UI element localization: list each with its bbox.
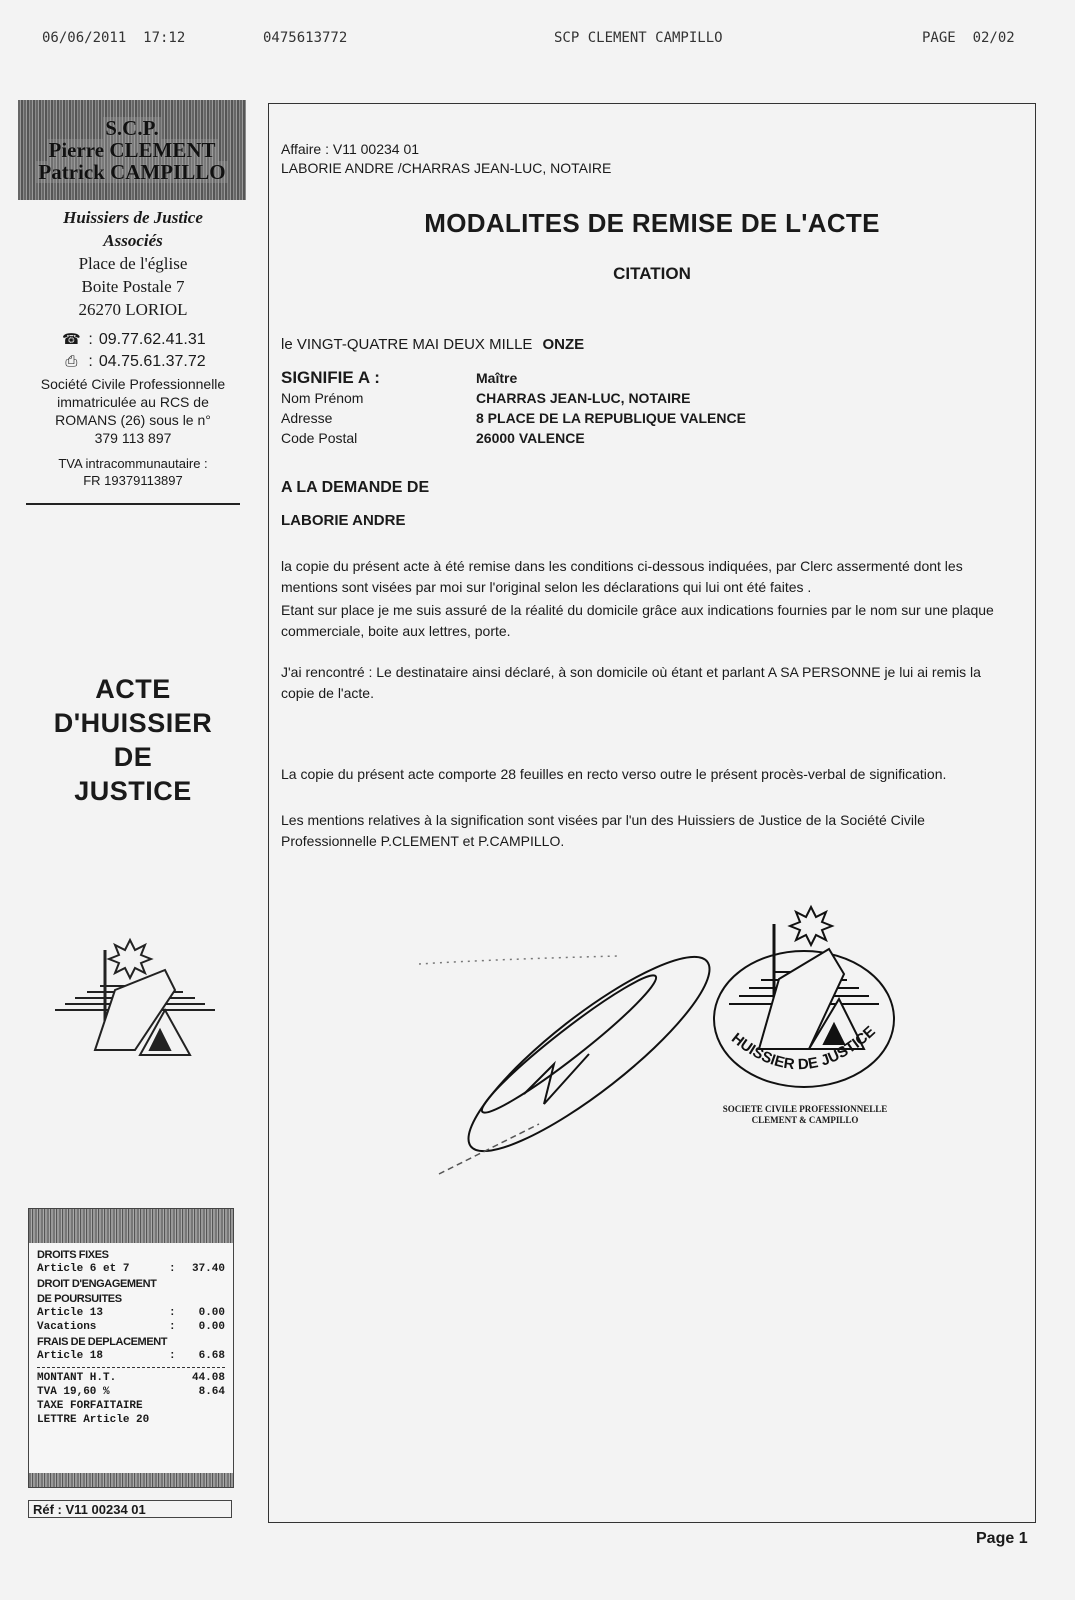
requester-label: A LA DEMANDE DE bbox=[281, 479, 429, 497]
receipt-line-value: 37.40 bbox=[192, 1262, 225, 1276]
side-title-line: D'HUISSIER bbox=[18, 706, 248, 740]
firm-phone: 09.77.62.41.31 bbox=[99, 329, 206, 351]
receipt-section-title: DROITS FIXES bbox=[37, 1249, 225, 1262]
date-year: ONZE bbox=[542, 336, 584, 353]
document-frame: Affaire : V11 00234 01 LABORIE ANDRE /CH… bbox=[268, 103, 1036, 1523]
page-number: Page 1 bbox=[976, 1530, 1028, 1548]
firm-letterhead: S.C.P. Pierre CLEMENT Patrick CAMPILLO H… bbox=[18, 100, 248, 505]
paragraph: La copie du présent acte comporte 28 feu… bbox=[281, 764, 1011, 785]
paragraph: Etant sur place je me suis assuré de la … bbox=[281, 600, 1011, 642]
separator: : bbox=[169, 1262, 176, 1276]
receipt-line-value: 6.68 bbox=[199, 1349, 225, 1363]
fee-receipt: DROITS FIXESArticle 6 et 7:37.40DROIT D'… bbox=[28, 1208, 234, 1488]
receipt-line-value: 0.00 bbox=[199, 1320, 225, 1334]
legal-line: 379 113 897 bbox=[18, 429, 248, 447]
bailiff-stamp-icon: HUISSIER DE JUSTICE bbox=[699, 899, 909, 1114]
receipt-line: TVA 19,60 %8.64 bbox=[37, 1385, 225, 1399]
receipt-line: TAXE FORFAITAIRE bbox=[37, 1399, 225, 1413]
receipt-header-pattern bbox=[29, 1209, 233, 1243]
stamp-caption: SOCIETE CIVILE PROFESSIONNELLE CLEMENT &… bbox=[695, 1104, 915, 1126]
document-subtitle: CITATION bbox=[269, 264, 1035, 284]
firm-role: Huissiers de Justice bbox=[18, 206, 248, 229]
tva-line: TVA intracommunautaire : bbox=[18, 455, 248, 472]
receipt-line: MONTANT H.T.44.08 bbox=[37, 1371, 225, 1385]
receipt-line-label: Article 13 bbox=[37, 1306, 103, 1320]
stamp-caption-line: SOCIETE CIVILE PROFESSIONNELLE bbox=[695, 1104, 915, 1115]
field-label: Adresse bbox=[281, 408, 476, 428]
separator: : bbox=[169, 1349, 176, 1363]
fax-sender: SCP CLEMENT CAMPILLO bbox=[554, 30, 723, 46]
stamp-caption-line: CLEMENT & CAMPILLO bbox=[695, 1115, 915, 1126]
signature-icon bbox=[419, 924, 729, 1184]
receipt-line-label: MONTANT H.T. bbox=[37, 1371, 116, 1385]
receipt-line-value: 8.64 bbox=[199, 1385, 225, 1399]
field-label: Code Postal bbox=[281, 428, 476, 448]
receipt-line: LETTRE Article 20 bbox=[37, 1413, 225, 1427]
receipt-line-label: LETTRE Article 20 bbox=[37, 1413, 149, 1427]
firm-address-line: Boite Postale 7 bbox=[18, 275, 248, 298]
fax-page: PAGE 02/02 bbox=[922, 30, 1015, 46]
document-title: MODALITES DE REMISE DE L'ACTE bbox=[269, 208, 1035, 239]
separator: : bbox=[169, 1320, 176, 1334]
divider bbox=[26, 503, 240, 505]
requester-name: LABORIE ANDRE bbox=[281, 512, 405, 529]
receipt-line: Article 6 et 7:37.40 bbox=[37, 1262, 225, 1276]
signifie-label: SIGNIFIE A : bbox=[281, 368, 476, 388]
service-date: le VINGT-QUATRE MAI DEUX MILLEONZE bbox=[281, 336, 584, 353]
field-value: 26000 VALENCE bbox=[476, 428, 585, 448]
side-title-line: ACTE bbox=[18, 672, 248, 706]
firm-fax: 04.75.61.37.72 bbox=[99, 351, 206, 373]
case-parties: LABORIE ANDRE /CHARRAS JEAN-LUC, NOTAIRE bbox=[281, 159, 611, 178]
telephone-icon: ☎ bbox=[60, 329, 82, 351]
receipt-line-label: Article 18 bbox=[37, 1349, 103, 1363]
side-title: ACTE D'HUISSIER DE JUSTICE bbox=[18, 672, 248, 808]
banner-line: Pierre CLEMENT bbox=[47, 139, 218, 161]
fax-datetime: 06/06/2011 17:12 bbox=[42, 30, 185, 46]
receipt-line: Vacations:0.00 bbox=[37, 1320, 225, 1334]
receipt-line: Article 18:6.68 bbox=[37, 1349, 225, 1363]
case-header: Affaire : V11 00234 01 LABORIE ANDRE /CH… bbox=[281, 140, 611, 178]
receipt-line-label: TVA 19,60 % bbox=[37, 1385, 110, 1399]
field-value: 8 PLACE DE LA REPUBLIQUE VALENCE bbox=[476, 408, 746, 428]
fax-header: 06/06/2011 17:12 0475613772 SCP CLEMENT … bbox=[0, 30, 1075, 52]
tva-line: FR 19379113897 bbox=[18, 472, 248, 489]
field-value: CHARRAS JEAN-LUC, NOTAIRE bbox=[476, 388, 690, 408]
justice-logo-icon bbox=[45, 930, 225, 1060]
receipt-divider bbox=[37, 1367, 225, 1368]
side-title-line: DE bbox=[18, 740, 248, 774]
paragraph: J'ai rencontré : Le destinataire ainsi d… bbox=[281, 662, 1011, 704]
legal-line: ROMANS (26) sous le n° bbox=[18, 411, 248, 429]
fax-icon: ⎙ bbox=[60, 351, 82, 373]
recipient-table: SIGNIFIE A : Maître Nom PrénomCHARRAS JE… bbox=[281, 368, 746, 448]
receipt-line-label: TAXE FORFAITAIRE bbox=[37, 1399, 143, 1413]
legal-line: immatriculée au RCS de bbox=[18, 393, 248, 411]
firm-tva: TVA intracommunautaire : FR 19379113897 bbox=[18, 455, 248, 489]
receipt-line-value: 0.00 bbox=[199, 1306, 225, 1320]
paragraph: la copie du présent acte à été remise da… bbox=[281, 556, 1011, 598]
separator: : bbox=[169, 1306, 176, 1320]
side-title-line: JUSTICE bbox=[18, 774, 248, 808]
receipt-section-title: FRAIS DE DEPLACEMENT bbox=[37, 1336, 225, 1349]
banner-line: S.C.P. bbox=[103, 117, 161, 139]
receipt-line-label: Article 6 et 7 bbox=[37, 1262, 129, 1276]
firm-address-line: Place de l'église bbox=[18, 252, 248, 275]
field-label: Nom Prénom bbox=[281, 388, 476, 408]
firm-banner: S.C.P. Pierre CLEMENT Patrick CAMPILLO bbox=[18, 100, 246, 200]
paragraph: Les mentions relatives à la significatio… bbox=[281, 810, 1011, 852]
signifie-value: Maître bbox=[476, 368, 517, 388]
receipt-footer-pattern bbox=[29, 1473, 233, 1487]
reference-box: Réf : V11 00234 01 bbox=[28, 1500, 232, 1518]
case-number: Affaire : V11 00234 01 bbox=[281, 140, 611, 159]
banner-line: Patrick CAMPILLO bbox=[36, 161, 227, 183]
receipt-section-title: DROIT D'ENGAGEMENT bbox=[37, 1278, 225, 1291]
firm-legal: Société Civile Professionnelle immatricu… bbox=[18, 375, 248, 447]
receipt-line-value: 44.08 bbox=[192, 1371, 225, 1385]
receipt-line-label: Vacations bbox=[37, 1320, 96, 1334]
receipt-section-title: DE POURSUITES bbox=[37, 1293, 225, 1306]
date-text: le VINGT-QUATRE MAI DEUX MILLE bbox=[281, 336, 532, 353]
legal-line: Société Civile Professionnelle bbox=[18, 375, 248, 393]
receipt-line: Article 13:0.00 bbox=[37, 1306, 225, 1320]
fax-phone: 0475613772 bbox=[263, 30, 347, 46]
firm-role: Associés bbox=[18, 229, 248, 252]
firm-address-line: 26270 LORIOL bbox=[18, 298, 248, 321]
